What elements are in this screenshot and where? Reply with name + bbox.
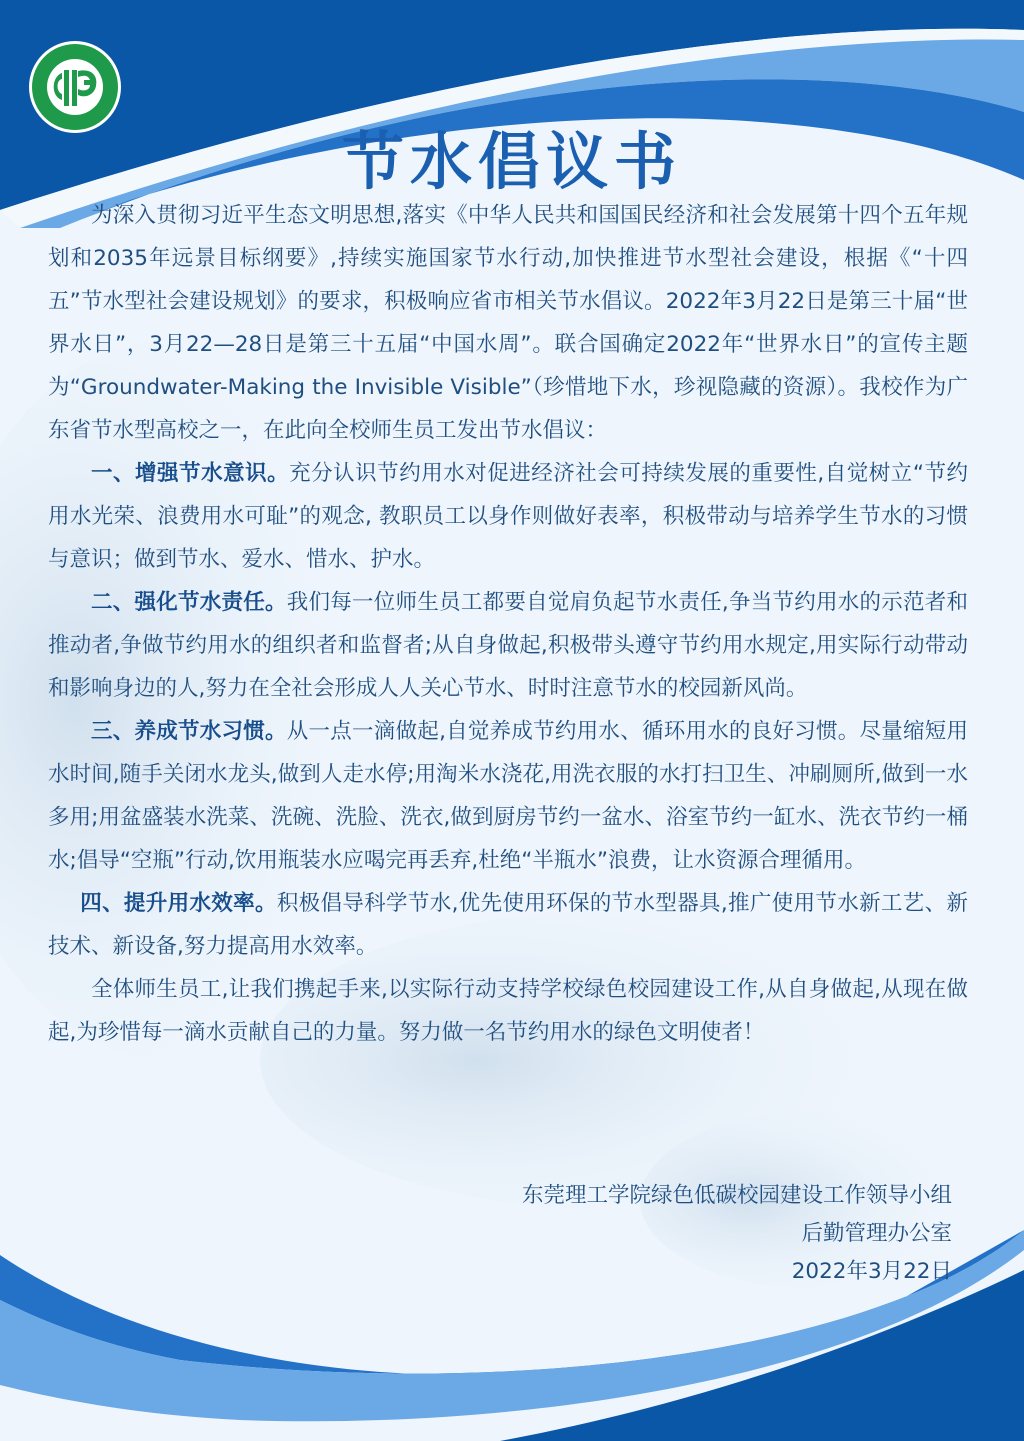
section-1: 一、增强节水意识。充分认识节约用水对促进经济社会可持续发展的重要性,自觉树立“节… bbox=[48, 452, 968, 581]
section-heading: 一、增强节水意识。 bbox=[91, 461, 289, 486]
signature-office: 后勤管理办公室 bbox=[522, 1215, 952, 1253]
signature-date: 2022年3月22日 bbox=[522, 1253, 952, 1291]
signature-block: 东莞理工学院绿色低碳校园建设工作领导小组 后勤管理办公室 2022年3月22日 bbox=[522, 1177, 952, 1291]
section-heading: 二、强化节水责任。 bbox=[91, 590, 287, 615]
closing-paragraph: 全体师生员工,让我们携起手来,以实际行动支持学校绿色校园建设工作,从自身做起,从… bbox=[48, 968, 968, 1054]
proposal-body: 为深入贯彻习近平生态文明思想,落实《中华人民共和国国民经济和社会发展第十四个五年… bbox=[48, 194, 968, 1054]
section-heading: 四、提升用水效率。 bbox=[80, 891, 277, 916]
signature-org: 东莞理工学院绿色低碳校园建设工作领导小组 bbox=[522, 1177, 952, 1215]
section-4: 四、提升用水效率。积极倡导科学节水,优先使用环保的节水型器具,推广使用节水新工艺… bbox=[48, 882, 968, 968]
section-3: 三、养成节水习惯。从一点一滴做起,自觉养成节约用水、循环用水的良好习惯。尽量缩短… bbox=[48, 710, 968, 882]
section-heading: 三、养成节水习惯。 bbox=[91, 719, 287, 744]
page-title: 节水倡议书 bbox=[0, 112, 1024, 201]
section-2: 二、强化节水责任。我们每一位师生员工都要自觉肩负起节水责任,争当节约用水的示范者… bbox=[48, 581, 968, 710]
intro-paragraph: 为深入贯彻习近平生态文明思想,落实《中华人民共和国国民经济和社会发展第十四个五年… bbox=[48, 194, 968, 452]
